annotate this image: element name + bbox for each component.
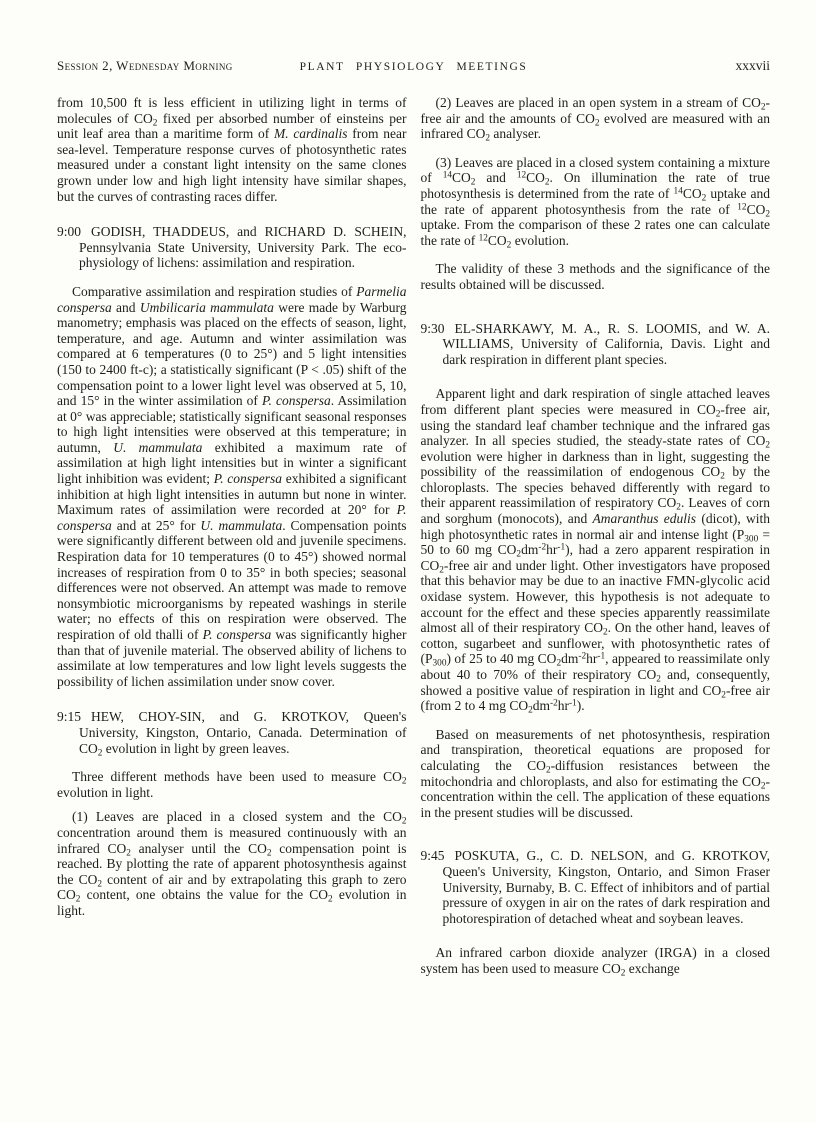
- abstract-paragraph: The validity of these 3 methods and the …: [421, 261, 771, 292]
- entry-time: 9:15: [57, 709, 81, 724]
- entry-time: 9:45: [421, 848, 445, 863]
- abstract-entry-heading: 9:30EL-SHARKAWY, M. A., R. S. LOOMIS, an…: [421, 321, 771, 368]
- abstract-paragraph: from 10,500 ft is less efficient in util…: [57, 95, 407, 204]
- entry-authors-title: HEW, CHOY-SIN, and G. KROTKOV, Queen's U…: [79, 709, 407, 755]
- abstract-paragraph: An infrared carbon dioxide analyzer (IRG…: [421, 945, 771, 976]
- page-header: Session 2, Wednesday Morning PLANT PHYSI…: [57, 58, 770, 74]
- running-head-title: PLANT PHYSIOLOGY MEETINGS: [300, 61, 528, 73]
- abstract-entry-heading: 9:15HEW, CHOY-SIN, and G. KROTKOV, Queen…: [57, 709, 407, 756]
- abstract-paragraph: (1) Leaves are placed in a closed system…: [57, 809, 407, 918]
- entry-authors-title: POSKUTA, G., C. D. NELSON, and G. KROTKO…: [443, 848, 771, 925]
- abstract-paragraph: Based on measurements of net photosynthe…: [421, 727, 771, 821]
- left-column: from 10,500 ft is less efficient in util…: [57, 95, 407, 990]
- abstract-entry-heading: 9:45POSKUTA, G., C. D. NELSON, and G. KR…: [421, 848, 771, 926]
- abstract-entry-heading: 9:00GODISH, THADDEUS, and RICHARD D. SCH…: [57, 224, 407, 271]
- abstract-paragraph: (2) Leaves are placed in an open system …: [421, 95, 771, 142]
- entry-time: 9:30: [421, 321, 445, 336]
- running-head-session: Session 2, Wednesday Morning: [57, 58, 300, 74]
- document-page: Session 2, Wednesday Morning PLANT PHYSI…: [0, 0, 816, 1123]
- entry-authors-title: GODISH, THADDEUS, and RICHARD D. SCHEIN,…: [79, 224, 407, 270]
- abstract-paragraph: Apparent light and dark respiration of s…: [421, 386, 771, 713]
- entry-time: 9:00: [57, 224, 81, 239]
- abstract-paragraph: (3) Leaves are placed in a closed system…: [421, 155, 771, 249]
- page-number: xxxvii: [527, 58, 770, 74]
- abstract-paragraph: Comparative assimilation and respiration…: [57, 284, 407, 689]
- right-column: (2) Leaves are placed in an open system …: [421, 95, 771, 990]
- abstract-paragraph: Three different methods have been used t…: [57, 769, 407, 800]
- entry-authors-title: EL-SHARKAWY, M. A., R. S. LOOMIS, and W.…: [443, 321, 771, 367]
- two-column-body: from 10,500 ft is less efficient in util…: [57, 95, 770, 990]
